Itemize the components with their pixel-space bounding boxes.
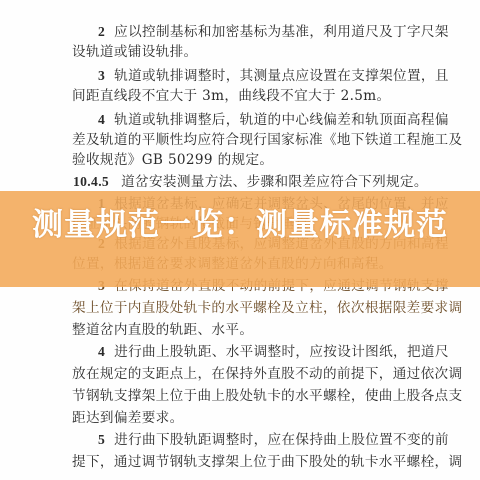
section-text: 道岔安装测量方法、步骤和限差应符合下列规定。 xyxy=(121,174,428,190)
clause-text: 节钢轨支撑架上位于曲上股处轨卡的水平螺栓，使曲上股各点支 xyxy=(72,388,462,404)
clause-text: 设轨道或铺设轨排。 xyxy=(72,44,198,60)
clause-text: 进行曲下股轨距调整时，应在保持曲上股位置不变的前 xyxy=(114,432,449,448)
clause-number: 5 xyxy=(98,432,105,447)
clause-text: 间距直线段不宜大于 3m，曲线段不宜大于 2.5m。 xyxy=(72,88,390,104)
clause-4-line-2: 差及轨道的平顺性均应符合现行国家标准《地下铁道工程施工及 xyxy=(72,132,462,148)
clause-text: 距达到偏差要求。 xyxy=(72,410,184,426)
clause-4-line-1: 4轨道或轨排调整后，轨道的中心线偏差和轨顶面高程偏 xyxy=(98,112,449,128)
section-heading-10-4-5: 10.4.5道岔安装测量方法、步骤和限差应符合下列规定。 xyxy=(73,174,428,190)
clause-text: 进行曲上股轨距、水平调整时，应按设计图纸，把道尺 xyxy=(114,344,449,360)
clause-3-line-1: 3轨道或轨排调整时，其测量点应设置在支撑架位置，且 xyxy=(98,68,449,84)
clause-number: 4 xyxy=(98,112,105,127)
clause-number: 3 xyxy=(98,68,105,83)
subclause-4-line-2: 放在规定的支距点上，在保持外直股不动的前提下，通过依次调 xyxy=(72,366,462,382)
clause-text: 验收规范》GB 50299 的规定。 xyxy=(72,152,273,168)
clause-text: 轨道或轨排调整后，轨道的中心线偏差和轨顶面高程偏 xyxy=(114,112,449,128)
subclause-4-line-4: 距达到偏差要求。 xyxy=(72,410,184,426)
subclause-5-line-1: 5进行曲下股轨距调整时，应在保持曲上股位置不变的前 xyxy=(98,432,449,448)
clause-number: 2 xyxy=(98,24,105,39)
subclause-3-line-3: 整道岔内直股的轨距、水平。 xyxy=(72,322,253,338)
clause-4-line-3: 验收规范》GB 50299 的规定。 xyxy=(72,152,273,168)
banner-title: 测量规范一览：测量标准规范 xyxy=(0,191,480,251)
clause-text: 提下，通过调节钢轨支撑架上位于曲下股处的轨卡水平螺栓，调 xyxy=(72,454,462,470)
clause-text: 放在规定的支距点上，在保持外直股不动的前提下，通过依次调 xyxy=(72,366,462,382)
clause-text: 架上位于内直股处轨卡的水平螺栓及立柱，依次根据限差要求调 xyxy=(72,300,462,316)
clause-number: 4 xyxy=(98,344,105,359)
subclause-4-line-3: 节钢轨支撑架上位于曲上股处轨卡的水平螺栓，使曲上股各点支 xyxy=(72,388,462,404)
clause-text: 差及轨道的平顺性均应符合现行国家标准《地下铁道工程施工及 xyxy=(72,132,462,148)
clause-2-line-1: 2应以控制基标和加密基标为基准，利用道尺及丁字尺架 xyxy=(98,24,449,40)
clause-text: 应以控制基标和加密基标为基准，利用道尺及丁字尺架 xyxy=(114,24,449,40)
section-number: 10.4.5 xyxy=(73,174,109,189)
clause-3-line-2: 间距直线段不宜大于 3m，曲线段不宜大于 2.5m。 xyxy=(72,88,390,104)
clause-text: 整道岔内直股的轨距、水平。 xyxy=(72,322,253,338)
clause-text: 轨道或轨排调整时，其测量点应设置在支撑架位置，且 xyxy=(114,68,449,84)
subclause-3-line-2: 架上位于内直股处轨卡的水平螺栓及立柱，依次根据限差要求调 xyxy=(72,300,462,316)
subclause-4-line-1: 4进行曲上股轨距、水平调整时，应按设计图纸，把道尺 xyxy=(98,344,449,360)
subclause-5-line-2: 提下，通过调节钢轨支撑架上位于曲下股处的轨卡水平螺栓，调 xyxy=(72,454,462,470)
clause-2-line-2: 设轨道或铺设轨排。 xyxy=(72,44,198,60)
